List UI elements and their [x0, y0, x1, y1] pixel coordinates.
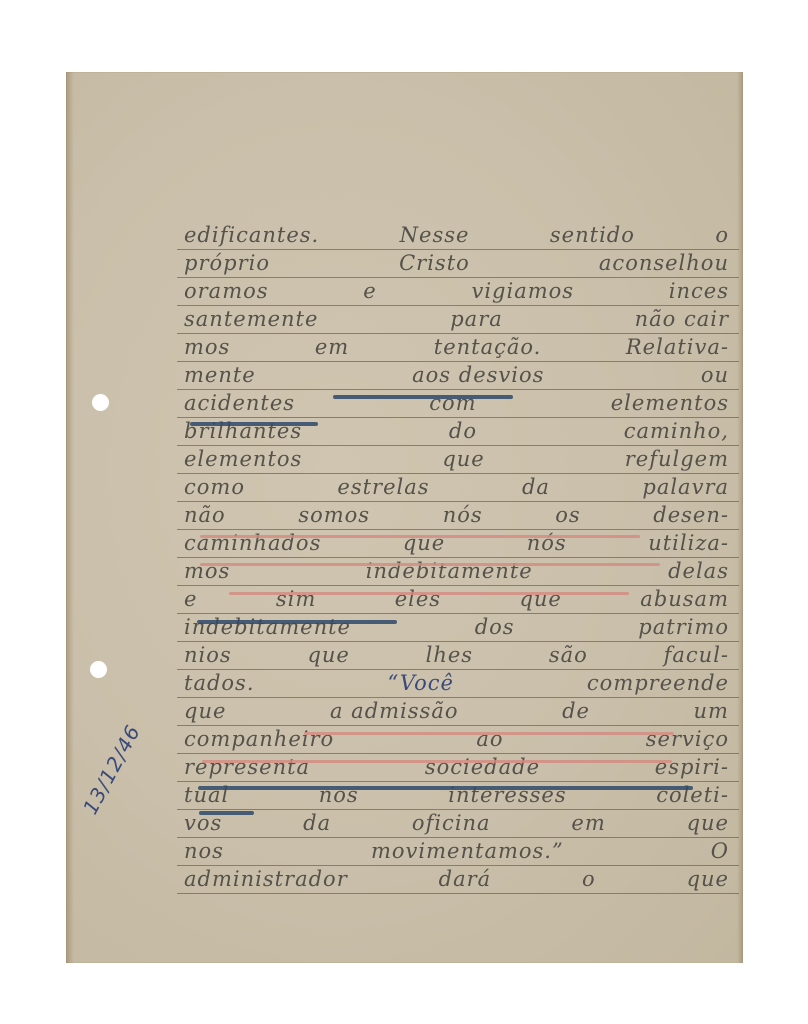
handwritten-word: oficina	[412, 811, 491, 837]
text-line: elementosquerefulgem	[184, 445, 729, 473]
text-line: administradordaráoque	[184, 865, 729, 893]
handwritten-word: Cristo	[399, 251, 470, 277]
handwritten-word: que	[184, 699, 226, 725]
handwritten-word: que	[307, 643, 349, 669]
handwritten-word: serviço	[646, 727, 729, 753]
handwritten-word: tentação.	[434, 335, 542, 361]
handwritten-word: nos	[184, 839, 224, 865]
handwritten-word: a admissão	[330, 699, 459, 725]
handwritten-word: acidentes	[184, 391, 295, 417]
handwritten-word: edificantes.	[184, 223, 319, 249]
text-line: niosquelhessãofacul-	[184, 641, 729, 669]
handwritten-word: mente	[184, 363, 256, 389]
handwritten-word: e	[184, 587, 197, 613]
handwritten-word: aconselhou	[599, 251, 729, 277]
handwritten-word: aos desvios	[412, 363, 544, 389]
red-underline-companheiro	[202, 760, 672, 763]
text-line: santementeparanão cair	[184, 305, 729, 333]
text-line: companheiroaoserviço	[184, 725, 729, 753]
ruled-line	[177, 893, 739, 894]
handwritten-word: tados.	[184, 671, 255, 697]
text-line: indebitamentedospatrimo	[184, 613, 729, 641]
handwritten-word: nios	[184, 643, 232, 669]
red-underline-admissao	[304, 732, 674, 735]
handwritten-word: elementos	[184, 447, 302, 473]
handwritten-word: delas	[668, 559, 729, 585]
handwritten-word: patrimo	[638, 615, 729, 641]
punch-hole-top	[92, 394, 109, 411]
handwritten-word: refulgem	[625, 447, 729, 473]
handwritten-word: somos	[298, 503, 370, 529]
handwritten-word: que	[687, 867, 729, 893]
handwritten-word: facul-	[664, 643, 729, 669]
text-line: esimelesqueabusam	[184, 585, 729, 613]
handwritten-word: nós	[443, 503, 483, 529]
text-line: mosemtentação.Relativa-	[184, 333, 729, 361]
handwritten-word: santemente	[184, 307, 318, 333]
handwritten-word: estrelas	[337, 475, 429, 501]
handwritten-word: são	[549, 643, 588, 669]
blue-underline-acidentes	[190, 422, 318, 426]
text-line: edificantes.Nessesentidoo	[184, 221, 729, 249]
handwritten-word: que	[442, 447, 484, 473]
handwritten-word: desen-	[653, 503, 729, 529]
text-line: próprioCristoaconselhou	[184, 249, 729, 277]
blue-underline-e-sim-eles	[197, 620, 397, 624]
handwritten-word: um	[694, 699, 729, 725]
handwritten-word: palavra	[642, 475, 729, 501]
handwritten-word: eles	[395, 587, 441, 613]
handwritten-word: Relativa-	[626, 335, 729, 361]
text-line: quea admissãodeum	[184, 697, 729, 725]
handwritten-word: que	[519, 587, 561, 613]
handwritten-word: representa	[184, 755, 310, 781]
text-line: nosmovimentamos.”O	[184, 837, 729, 865]
handwritten-word: mos	[184, 335, 230, 361]
handwritten-word: não cair	[635, 307, 729, 333]
red-underline-indebitamente	[229, 592, 629, 595]
text-line: oramosevigiamosinces	[184, 277, 729, 305]
text-line: representasociedadeespiri-	[184, 753, 729, 781]
handwritten-word: próprio	[184, 251, 270, 277]
handwritten-word: indebitamente	[184, 615, 351, 641]
handwritten-word: abusam	[640, 587, 729, 613]
margin-date-note: 13/12/46	[78, 721, 145, 819]
handwritten-word: O	[711, 839, 729, 865]
handwritten-word: que	[687, 811, 729, 837]
handwritten-word: lhes	[426, 643, 473, 669]
handwritten-word: dos	[475, 615, 515, 641]
handwritten-word: companheiro	[184, 727, 334, 753]
handwritten-word: vigiamos	[471, 279, 574, 305]
handwritten-word: compreende	[587, 671, 729, 697]
handwritten-word: e	[363, 279, 376, 305]
handwritten-word: de	[562, 699, 590, 725]
handwritten-word: o	[582, 867, 596, 893]
handwritten-word: não	[184, 503, 226, 529]
handwritten-word: Nesse	[400, 223, 470, 249]
blue-underline-aos-desvios	[333, 395, 513, 399]
red-underline-caminhados	[200, 563, 660, 566]
handwritten-word: em	[315, 335, 349, 361]
red-underline-nao-somos	[200, 535, 640, 538]
text-line: comoestrelasdapalavra	[184, 473, 729, 501]
handwritten-word: sim	[276, 587, 316, 613]
handwritten-word: em	[571, 811, 605, 837]
handwritten-word: “Você	[388, 671, 454, 697]
handwritten-word: os	[555, 503, 580, 529]
text-line: mosindebitamentedelas	[184, 557, 729, 585]
handwritten-word: sociedade	[425, 755, 540, 781]
text-line: tados.“Vocêcompreende	[184, 669, 729, 697]
handwritten-word: da	[522, 475, 550, 501]
handwritten-word: dará	[439, 867, 492, 893]
handwritten-word: como	[184, 475, 245, 501]
text-line: nãosomosnósosdesen-	[184, 501, 729, 529]
handwritten-word: elementos	[611, 391, 729, 417]
text-line: acidentescomelementos	[184, 389, 729, 417]
manuscript-page: edificantes.NessesentidoopróprioCristoac…	[66, 72, 743, 963]
handwritten-word: movimentamos.”	[371, 839, 564, 865]
handwritten-word: sentido	[550, 223, 635, 249]
handwritten-word: oramos	[184, 279, 269, 305]
handwritten-word: inces	[669, 279, 729, 305]
punch-hole-bottom	[90, 661, 107, 678]
text-line: menteaos desviosou	[184, 361, 729, 389]
blue-underline-representa	[198, 786, 693, 790]
handwritten-word: do	[449, 419, 477, 445]
handwritten-word: o	[715, 223, 729, 249]
handwritten-word: ao	[476, 727, 503, 753]
handwritten-word: utiliza-	[648, 531, 729, 557]
handwritten-word: caminho,	[624, 419, 729, 445]
text-line: vosdaoficinaemque	[184, 809, 729, 837]
blue-underline-tual	[199, 811, 254, 815]
text-line: caminhadosquenósutiliza-	[184, 529, 729, 557]
handwritten-word: da	[303, 811, 331, 837]
handwritten-word: administrador	[184, 867, 348, 893]
handwritten-word: para	[450, 307, 503, 333]
handwritten-word: espiri-	[655, 755, 729, 781]
handwritten-word: ou	[701, 363, 729, 389]
